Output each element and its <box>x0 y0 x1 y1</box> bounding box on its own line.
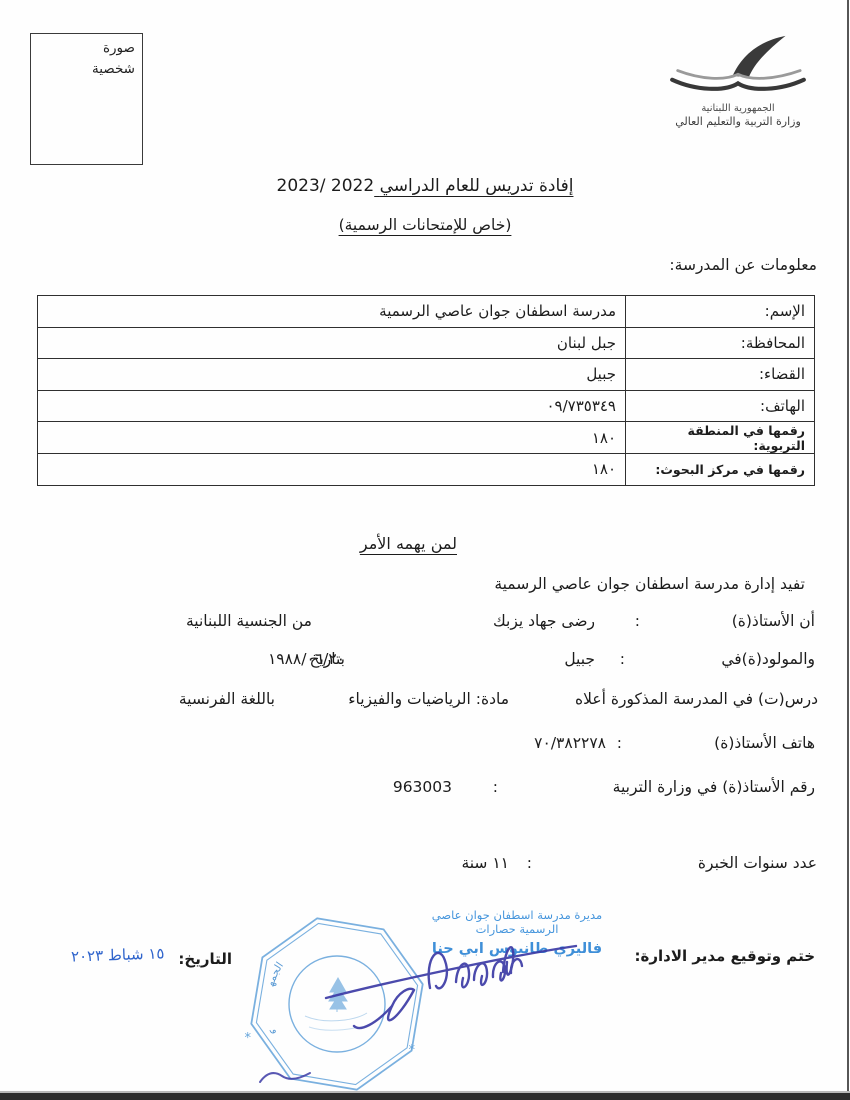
seal-star-right: * <box>409 1043 416 1058</box>
row-label: القضاء: <box>626 359 815 391</box>
row-value: مدرسة اسطفان جوان عاصي الرسمية <box>38 296 626 328</box>
statement-row-experience: عدد سنوات الخبرة : ١١ سنة <box>0 854 850 878</box>
row-value: جبل لبنان <box>38 327 626 359</box>
to-whom-it-may-concern-heading: لمن يهمه الأمر <box>360 534 457 553</box>
row-label: هاتف الأستاذ(ة) <box>714 734 815 752</box>
director-signature-icon <box>318 920 583 1035</box>
row-value: رضى جهاد يزبك <box>493 612 595 630</box>
photo-label-line2: شخصية <box>38 59 135 80</box>
header-ministry-text: وزارة التربية والتعليم العالي <box>643 115 833 128</box>
photo-label-line1: صورة <box>38 38 135 59</box>
photo-placeholder-box: صورة شخصية <box>30 33 143 165</box>
signature-tail-icon <box>255 1058 325 1094</box>
birth-date: ١٩٨٨/٠٦/٢٠ <box>268 650 345 668</box>
table-row: رقمها في المنطقة التربوية: ١٨٠ <box>38 422 815 454</box>
document-title: إفادة تدريس للعام الدراسي 2023/ 2022 <box>0 176 850 196</box>
ministry-logo: الجمهورية اللبنانية وزارة التربية والتعل… <box>643 34 833 128</box>
table-row: الهاتف: ٠٩/٧٣٥٣٤٩ <box>38 390 815 422</box>
school-info-table: الإسم: مدرسة اسطفان جوان عاصي الرسمية ال… <box>37 295 815 486</box>
table-row: الإسم: مدرسة اسطفان جوان عاصي الرسمية <box>38 296 815 328</box>
row-value: جبيل <box>38 359 626 391</box>
scanned-teaching-certificate: صورة شخصية الجمهورية اللبنانية وزارة الت… <box>0 0 850 1100</box>
row-label: المحافظة: <box>626 327 815 359</box>
row-label: رقمها في مركز البحوث: <box>626 453 815 485</box>
title-main: إفادة تدريس للعام الدراسي <box>380 176 574 196</box>
statement-row-ministry-number: رقم الأستاذ(ة) في وزارة التربية : 963003 <box>0 778 850 802</box>
statement-row-subject: درس(ت) في المدرسة المذكورة أعلاه مادة: ا… <box>0 690 850 714</box>
row-colon: : <box>620 650 625 668</box>
table-row: المحافظة: جبل لبنان <box>38 327 815 359</box>
row-label: والمولود(ة)في <box>721 650 815 668</box>
statement-intro: تفيد إدارة مدرسة اسطفان جوان عاصي الرسمي… <box>494 575 805 593</box>
row-label: عدد سنوات الخبرة <box>698 854 817 872</box>
row-label: أن الأستاذ(ة) <box>732 612 815 630</box>
header-republic-text: الجمهورية اللبنانية <box>643 103 833 114</box>
row-colon: : <box>493 778 498 796</box>
row-value: جبيل <box>564 650 595 668</box>
row-label: درس(ت) في المدرسة المذكورة أعلاه <box>575 690 818 708</box>
row-extra: باللغة الفرنسية <box>179 690 275 708</box>
row-value: ١١ سنة <box>461 854 509 872</box>
scan-edge-bottom <box>0 1093 850 1100</box>
table-row: رقمها في مركز البحوث: ١٨٠ <box>38 453 815 485</box>
row-label: الإسم: <box>626 296 815 328</box>
row-label: الهاتف: <box>626 390 815 422</box>
row-colon: : <box>617 734 622 752</box>
seal-star-left: * <box>245 1031 252 1046</box>
row-value: ٧٠/٣٨٢٢٧٨ <box>534 734 606 752</box>
row-colon: : <box>635 612 640 630</box>
svg-text:الجمهورية اللبنانية: الجمهورية اللبنانية <box>235 912 286 988</box>
title-years: 2023/ 2022 <box>277 176 375 196</box>
row-label: رقم الأستاذ(ة) في وزارة التربية <box>613 778 815 796</box>
row-value: ١٨٠ <box>38 453 626 485</box>
document-subtitle: (خاص للإمتحانات الرسمية) <box>0 216 850 234</box>
school-info-heading: معلومات عن المدرسة: <box>669 256 817 274</box>
row-value: 963003 <box>393 778 452 796</box>
statement-row-teacher-phone: هاتف الأستاذ(ة) : ٧٠/٣٨٢٢٧٨ <box>0 734 850 758</box>
row-value: مادة: الرياضيات والفيزياء <box>348 690 509 708</box>
statement-row-birth: والمولود(ة)في : جبيل بتاريخ ١٩٨٨/٠٦/٢٠ <box>0 650 850 674</box>
row-colon: : <box>527 854 532 872</box>
director-seal-signature-label: ختم وتوقيع مدير الادارة: <box>635 947 815 965</box>
row-label: رقمها في المنطقة التربوية: <box>626 422 815 454</box>
table-row: القضاء: جبيل <box>38 359 815 391</box>
row-value: ٠٩/٧٣٥٣٤٩ <box>38 390 626 422</box>
row-extra: من الجنسية اللبنانية <box>186 612 312 630</box>
handwritten-date: ١٥ شباط ٢٠٢٣ <box>70 944 164 965</box>
statement-row-teacher-name: أن الأستاذ(ة) : رضى جهاد يزبك من الجنسية… <box>0 612 850 636</box>
row-value: ١٨٠ <box>38 422 626 454</box>
scan-edge-right <box>847 0 850 1100</box>
date-label: التاريخ: <box>178 950 232 968</box>
seal-top-text: الجمهورية اللبنانية <box>235 912 286 988</box>
open-book-logo-icon <box>658 34 818 98</box>
